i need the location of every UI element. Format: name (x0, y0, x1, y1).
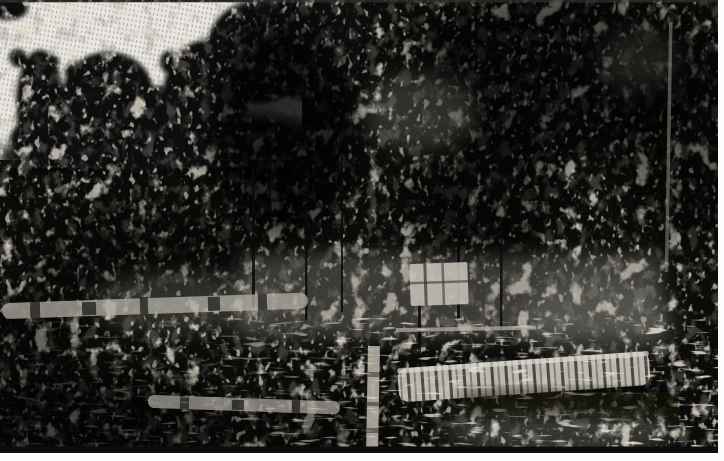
light-roof-patch (409, 262, 468, 306)
photo-bottom-edge (0, 447, 718, 454)
grass-layer (0, 318, 718, 453)
photo-canvas (0, 0, 718, 453)
forest-photograph (0, 0, 718, 453)
log-shadow (462, 392, 680, 416)
photo-scene (0, 0, 718, 453)
photo-top-edge (0, 0, 718, 3)
page-background (0, 0, 724, 461)
